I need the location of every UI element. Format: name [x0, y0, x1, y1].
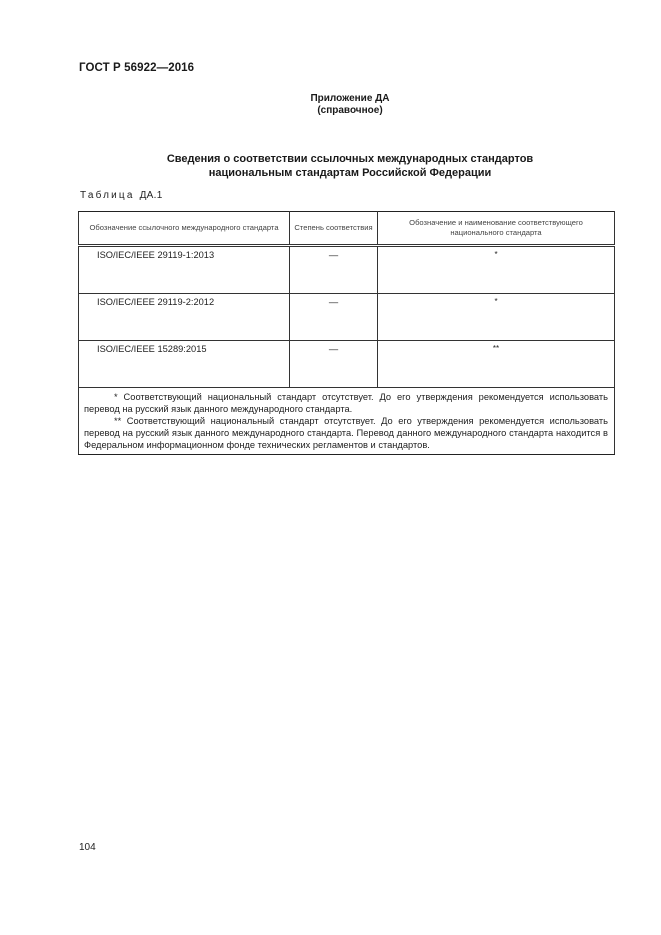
footnote-single-asterisk: * Соответствующий национальный стандарт …	[84, 391, 608, 415]
table-header-row: Обозначение ссылочного международного ст…	[79, 212, 615, 246]
table-row: ISO/IEC/IEEE 15289:2015 — **	[79, 341, 615, 388]
document-code: ГОСТ Р 56922—2016	[79, 62, 194, 74]
table-caption-word: Таблица	[80, 190, 135, 201]
cell-national-standard: *	[378, 294, 615, 341]
section-title: Сведения о соответствии ссылочных междун…	[0, 153, 661, 180]
appendix-title: Приложение ДА	[0, 93, 661, 105]
appendix-heading: Приложение ДА (справочное)	[0, 93, 661, 117]
column-header-degree: Степень соответствия	[290, 212, 378, 246]
section-title-line-2: национальным стандартам Российской Федер…	[0, 167, 661, 181]
page-number: 104	[79, 842, 96, 853]
cell-national-standard: **	[378, 341, 615, 388]
cell-standard-code: ISO/IEC/IEEE 29119-2:2012	[79, 294, 290, 341]
correspondence-table: Обозначение ссылочного международного ст…	[78, 211, 615, 455]
table-notes-row: * Соответствующий национальный стандарт …	[79, 388, 615, 455]
column-header-national: Обозначение и наименование соответствующ…	[378, 212, 615, 246]
appendix-subtitle: (справочное)	[0, 105, 661, 117]
cell-standard-code: ISO/IEC/IEEE 29119-1:2013	[79, 246, 290, 294]
table-caption: Таблица ДА.1	[80, 190, 163, 201]
cell-degree: —	[290, 294, 378, 341]
cell-standard-code: ISO/IEC/IEEE 15289:2015	[79, 341, 290, 388]
table-row: ISO/IEC/IEEE 29119-2:2012 — *	[79, 294, 615, 341]
column-header-code: Обозначение ссылочного международного ст…	[79, 212, 290, 246]
cell-degree: —	[290, 341, 378, 388]
table-notes: * Соответствующий национальный стандарт …	[79, 388, 615, 455]
cell-degree: —	[290, 246, 378, 294]
table-caption-number: ДА.1	[140, 190, 163, 201]
cell-national-standard: *	[378, 246, 615, 294]
footnote-double-asterisk: ** Соответствующий национальный стандарт…	[84, 415, 608, 451]
section-title-line-1: Сведения о соответствии ссылочных междун…	[0, 153, 661, 167]
table-row: ISO/IEC/IEEE 29119-1:2013 — *	[79, 246, 615, 294]
